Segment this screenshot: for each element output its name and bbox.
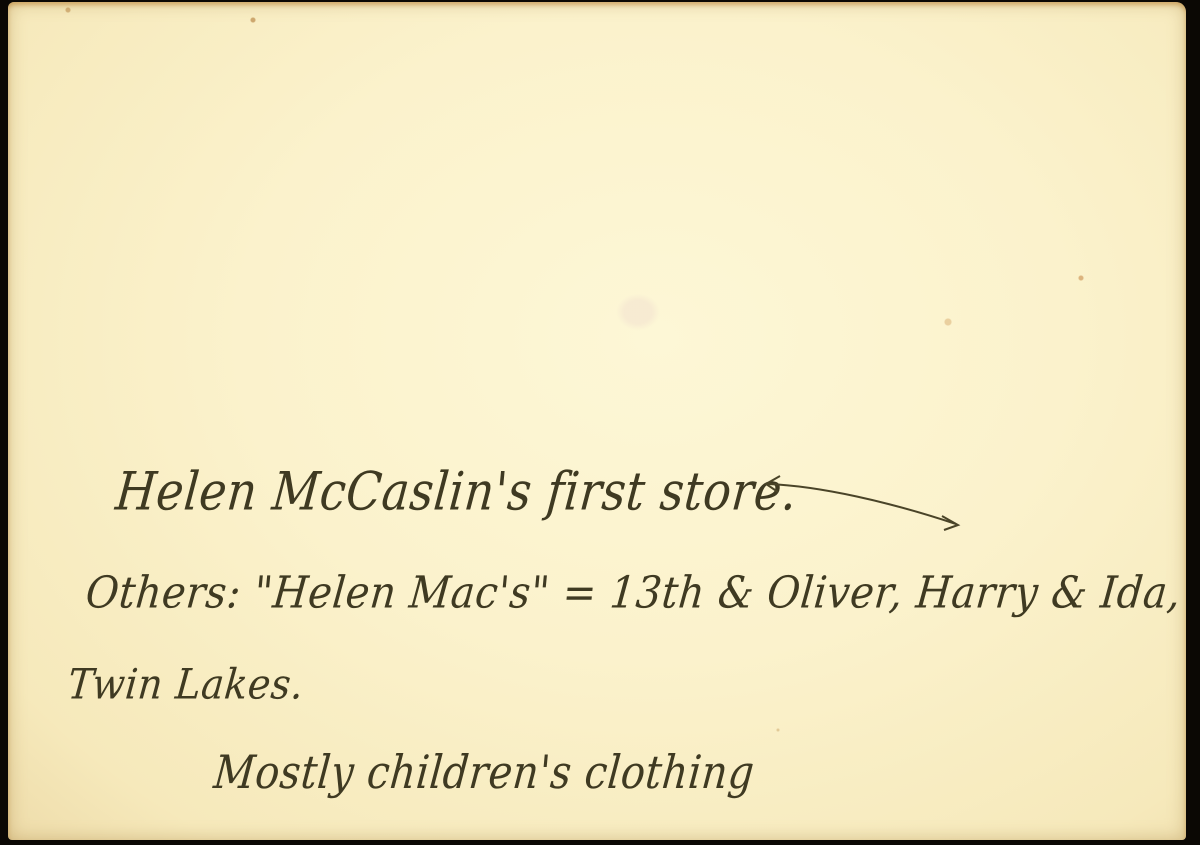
double-headed-arrow-icon (760, 472, 970, 532)
handwritten-line-4: Mostly children's clothing (212, 747, 757, 800)
photo-back-card: Helen McCaslin's first store. Others: "H… (8, 2, 1186, 840)
handwritten-line-2: Others: "Helen Mac's" = 13th & Oliver, H… (84, 568, 1184, 619)
handwritten-line-3: Twin Lakes. (66, 660, 306, 708)
handwritten-line-1: Helen McCaslin's first store. (113, 460, 800, 522)
